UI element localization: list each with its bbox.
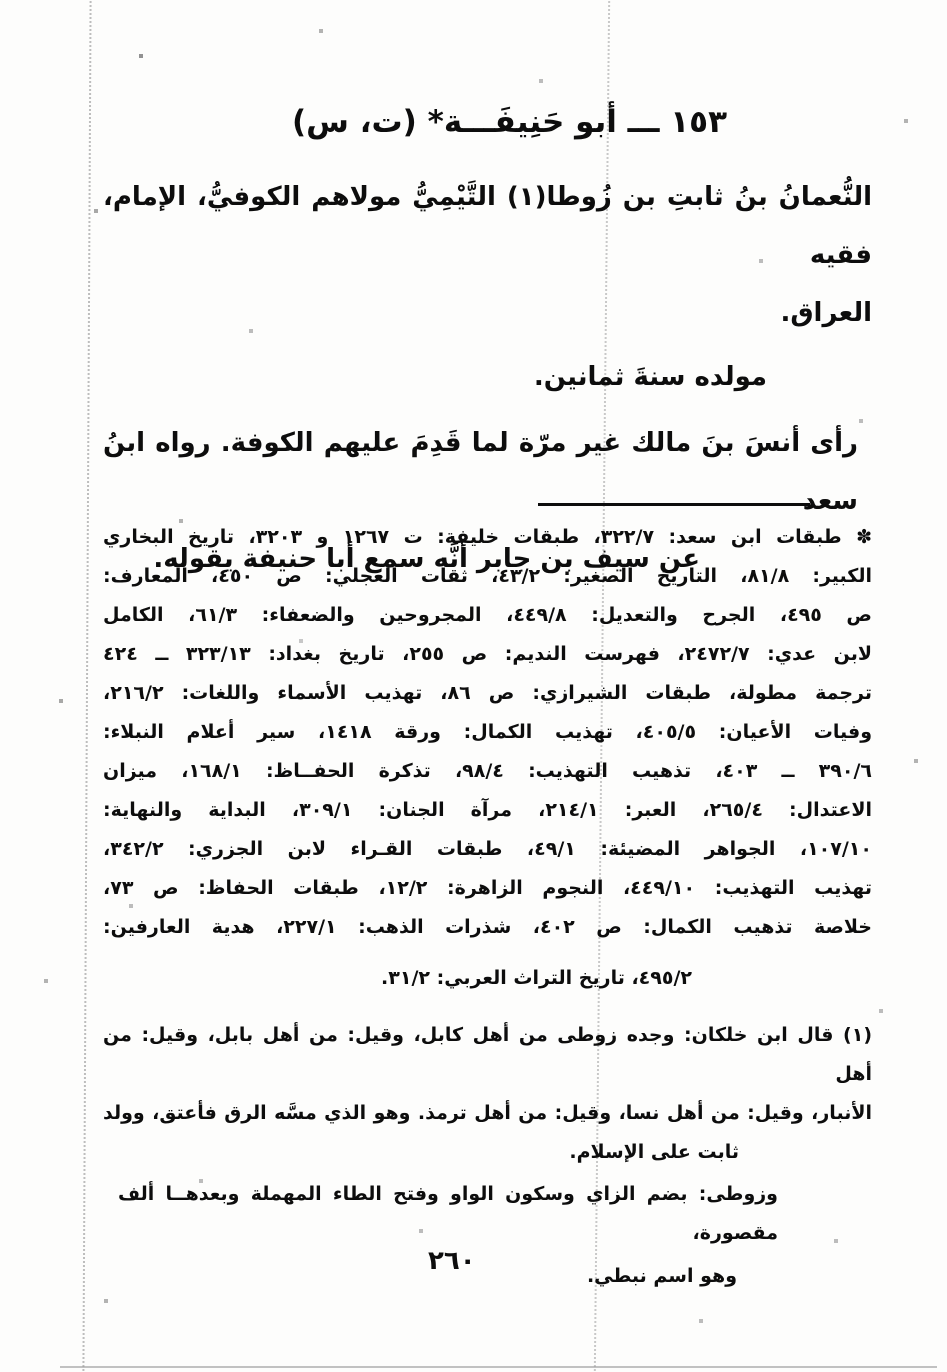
footnote-line: وهو اسم نبطي. xyxy=(103,1257,872,1296)
footnote-line: الأنبار، وقيل: من أهل نسا، وقيل: من أهل … xyxy=(103,1094,872,1133)
scan-fold-line-left xyxy=(82,0,91,1372)
footnote-separator-rule xyxy=(538,503,810,506)
footnote-1-marker: (١) xyxy=(843,1024,872,1046)
footnote-line: ثابت على الإسلام. xyxy=(103,1133,872,1172)
footnote-line: ترجمة مطولة، طبقات الشيرازي: ص ٨٦، تهذيب… xyxy=(103,674,872,713)
footnote-line: ٤٩٥/٢، تاريخ التراث العربي: ٣١/٢. xyxy=(103,959,872,998)
footnote-line: الاعتدال: ٢٦٥/٤، العبر: ٢١٤/١، مرآة الجن… xyxy=(103,791,872,830)
body-line: العراق. xyxy=(103,284,872,342)
footnote-line: وفيات الأعيان: ٤٠٥/٥، تهذيب الكمال: ورقة… xyxy=(103,713,872,752)
scanned-book-page: ١٥٣ ـــ أبو حَنِيفَـــة* (ت، س) النُّعما… xyxy=(0,0,947,1372)
scan-bottom-edge xyxy=(60,1366,937,1368)
footnote-line-text: قال ابن خلكان: وجده زوطى من أهل كابل، وق… xyxy=(103,1024,872,1085)
body-line: رأى أنسَ بنَ مالك غير مرّة لما قَدِمَ عل… xyxy=(103,414,872,530)
body-line: مولده سنةَ ثمانين. xyxy=(103,348,872,406)
footnote-line: ٣٩٠/٦ ــ ٤٠٣، تذهيب التهذيب: ٩٨/٤، تذكرة… xyxy=(103,752,872,791)
scan-noise-specks xyxy=(0,0,2,2)
sources-footnote: ✽ طبقات ابن سعد: ٣٢٢/٧، طبقات خليفة: ت ١… xyxy=(103,518,872,998)
body-line: النُّعمانُ بنُ ثابتِ بن زُوطا(١) التَّيْ… xyxy=(103,168,872,284)
footnote-line: تهذيب التهذيب: ٤٤٩/١٠، النجوم الزاهرة: ١… xyxy=(103,869,872,908)
page-number: ٢٦٠ xyxy=(428,1246,476,1276)
footnote-line-text: طبقات ابن سعد: ٣٢٢/٧، طبقات خليفة: ت ١٢٦… xyxy=(103,526,842,548)
footnote-line: لابن عدي: ٢٤٧٢/٧، فهرست النديم: ص ٢٥٥، ت… xyxy=(103,635,872,674)
footnote-line: وزوطى: بضم الزاي وسكون الواو وفتح الطاء … xyxy=(103,1175,872,1253)
footnote-line: الكبير: ٨١/٨، التاريخ الصغير: ٤٣/٢، ثقات… xyxy=(103,557,872,596)
footnote-line: خلاصة تذهيب الكمال: ص ٤٠٢، شذرات الذهب: … xyxy=(103,908,872,947)
numbered-footnote-1: (١) قال ابن خلكان: وجده زوطى من أهل كابل… xyxy=(103,1016,872,1296)
asterisk-footnote-marker: ✽ xyxy=(856,526,872,548)
entry-title: ١٥٣ ـــ أبو حَنِيفَـــة* (ت، س) xyxy=(125,104,894,140)
footnote-line: ص ٤٩٥، الجرح والتعديل: ٤٤٩/٨، المجروحين … xyxy=(103,596,872,635)
footnote-line: ١٠٧/١٠، الجواهر المضيئة: ٤٩/١، طبقات الق… xyxy=(103,830,872,869)
footnotes-block: ✽ طبقات ابن سعد: ٣٢٢/٧، طبقات خليفة: ت ١… xyxy=(103,518,872,1296)
footnote-line: (١) قال ابن خلكان: وجده زوطى من أهل كابل… xyxy=(103,1016,872,1094)
footnote-line: ✽ طبقات ابن سعد: ٣٢٢/٧، طبقات خليفة: ت ١… xyxy=(103,518,872,557)
